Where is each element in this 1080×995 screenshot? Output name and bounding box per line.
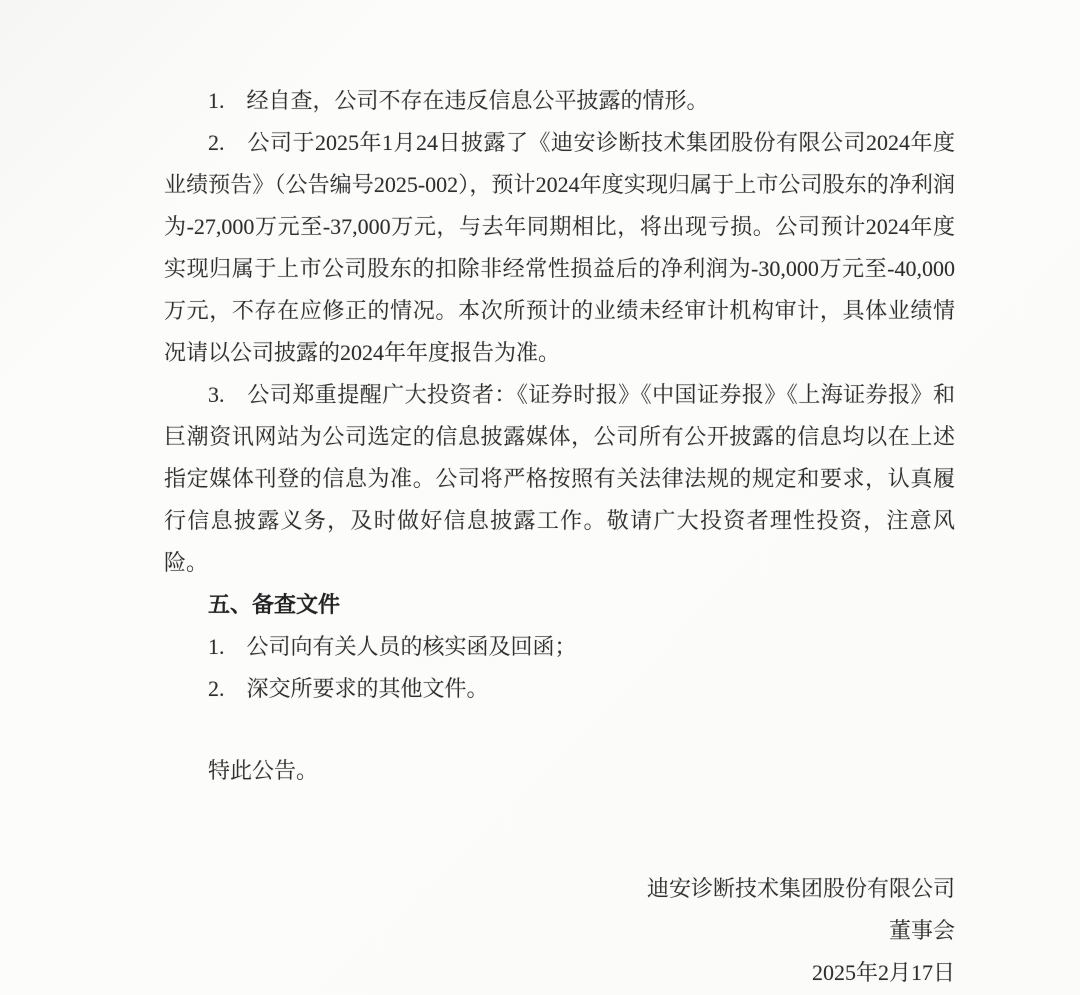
paragraph-investor-reminder: 3. 公司郑重提醒广大投资者：《证券时报》《中国证券报》《上海证券报》和巨潮资讯… <box>164 374 955 584</box>
list-item-verification-letters: 1. 公司向有关人员的核实函及回函； <box>164 626 955 668</box>
document-page: 1. 经自查，公司不存在违反信息公平披露的情形。 2. 公司于2025年1月24… <box>0 0 1080 995</box>
announcement-body: 1. 经自查，公司不存在违反信息公平披露的情形。 2. 公司于2025年1月24… <box>164 80 955 994</box>
section-heading-reference-documents: 五、备查文件 <box>164 584 955 626</box>
signature-block: 迪安诊断技术集团股份有限公司 董事会 2025年2月17日 <box>164 868 955 994</box>
paragraph-performance-forecast: 2. 公司于2025年1月24日披露了《迪安诊断技术集团股份有限公司2024年度… <box>164 122 955 374</box>
signature-date: 2025年2月17日 <box>164 952 955 994</box>
paragraph-self-check: 1. 经自查，公司不存在违反信息公平披露的情形。 <box>164 80 955 122</box>
list-item-other-documents: 2. 深交所要求的其他文件。 <box>164 668 955 710</box>
closing-statement: 特此公告。 <box>164 750 955 792</box>
signature-board-of-directors: 董事会 <box>164 910 955 952</box>
signature-company-name: 迪安诊断技术集团股份有限公司 <box>164 868 955 910</box>
